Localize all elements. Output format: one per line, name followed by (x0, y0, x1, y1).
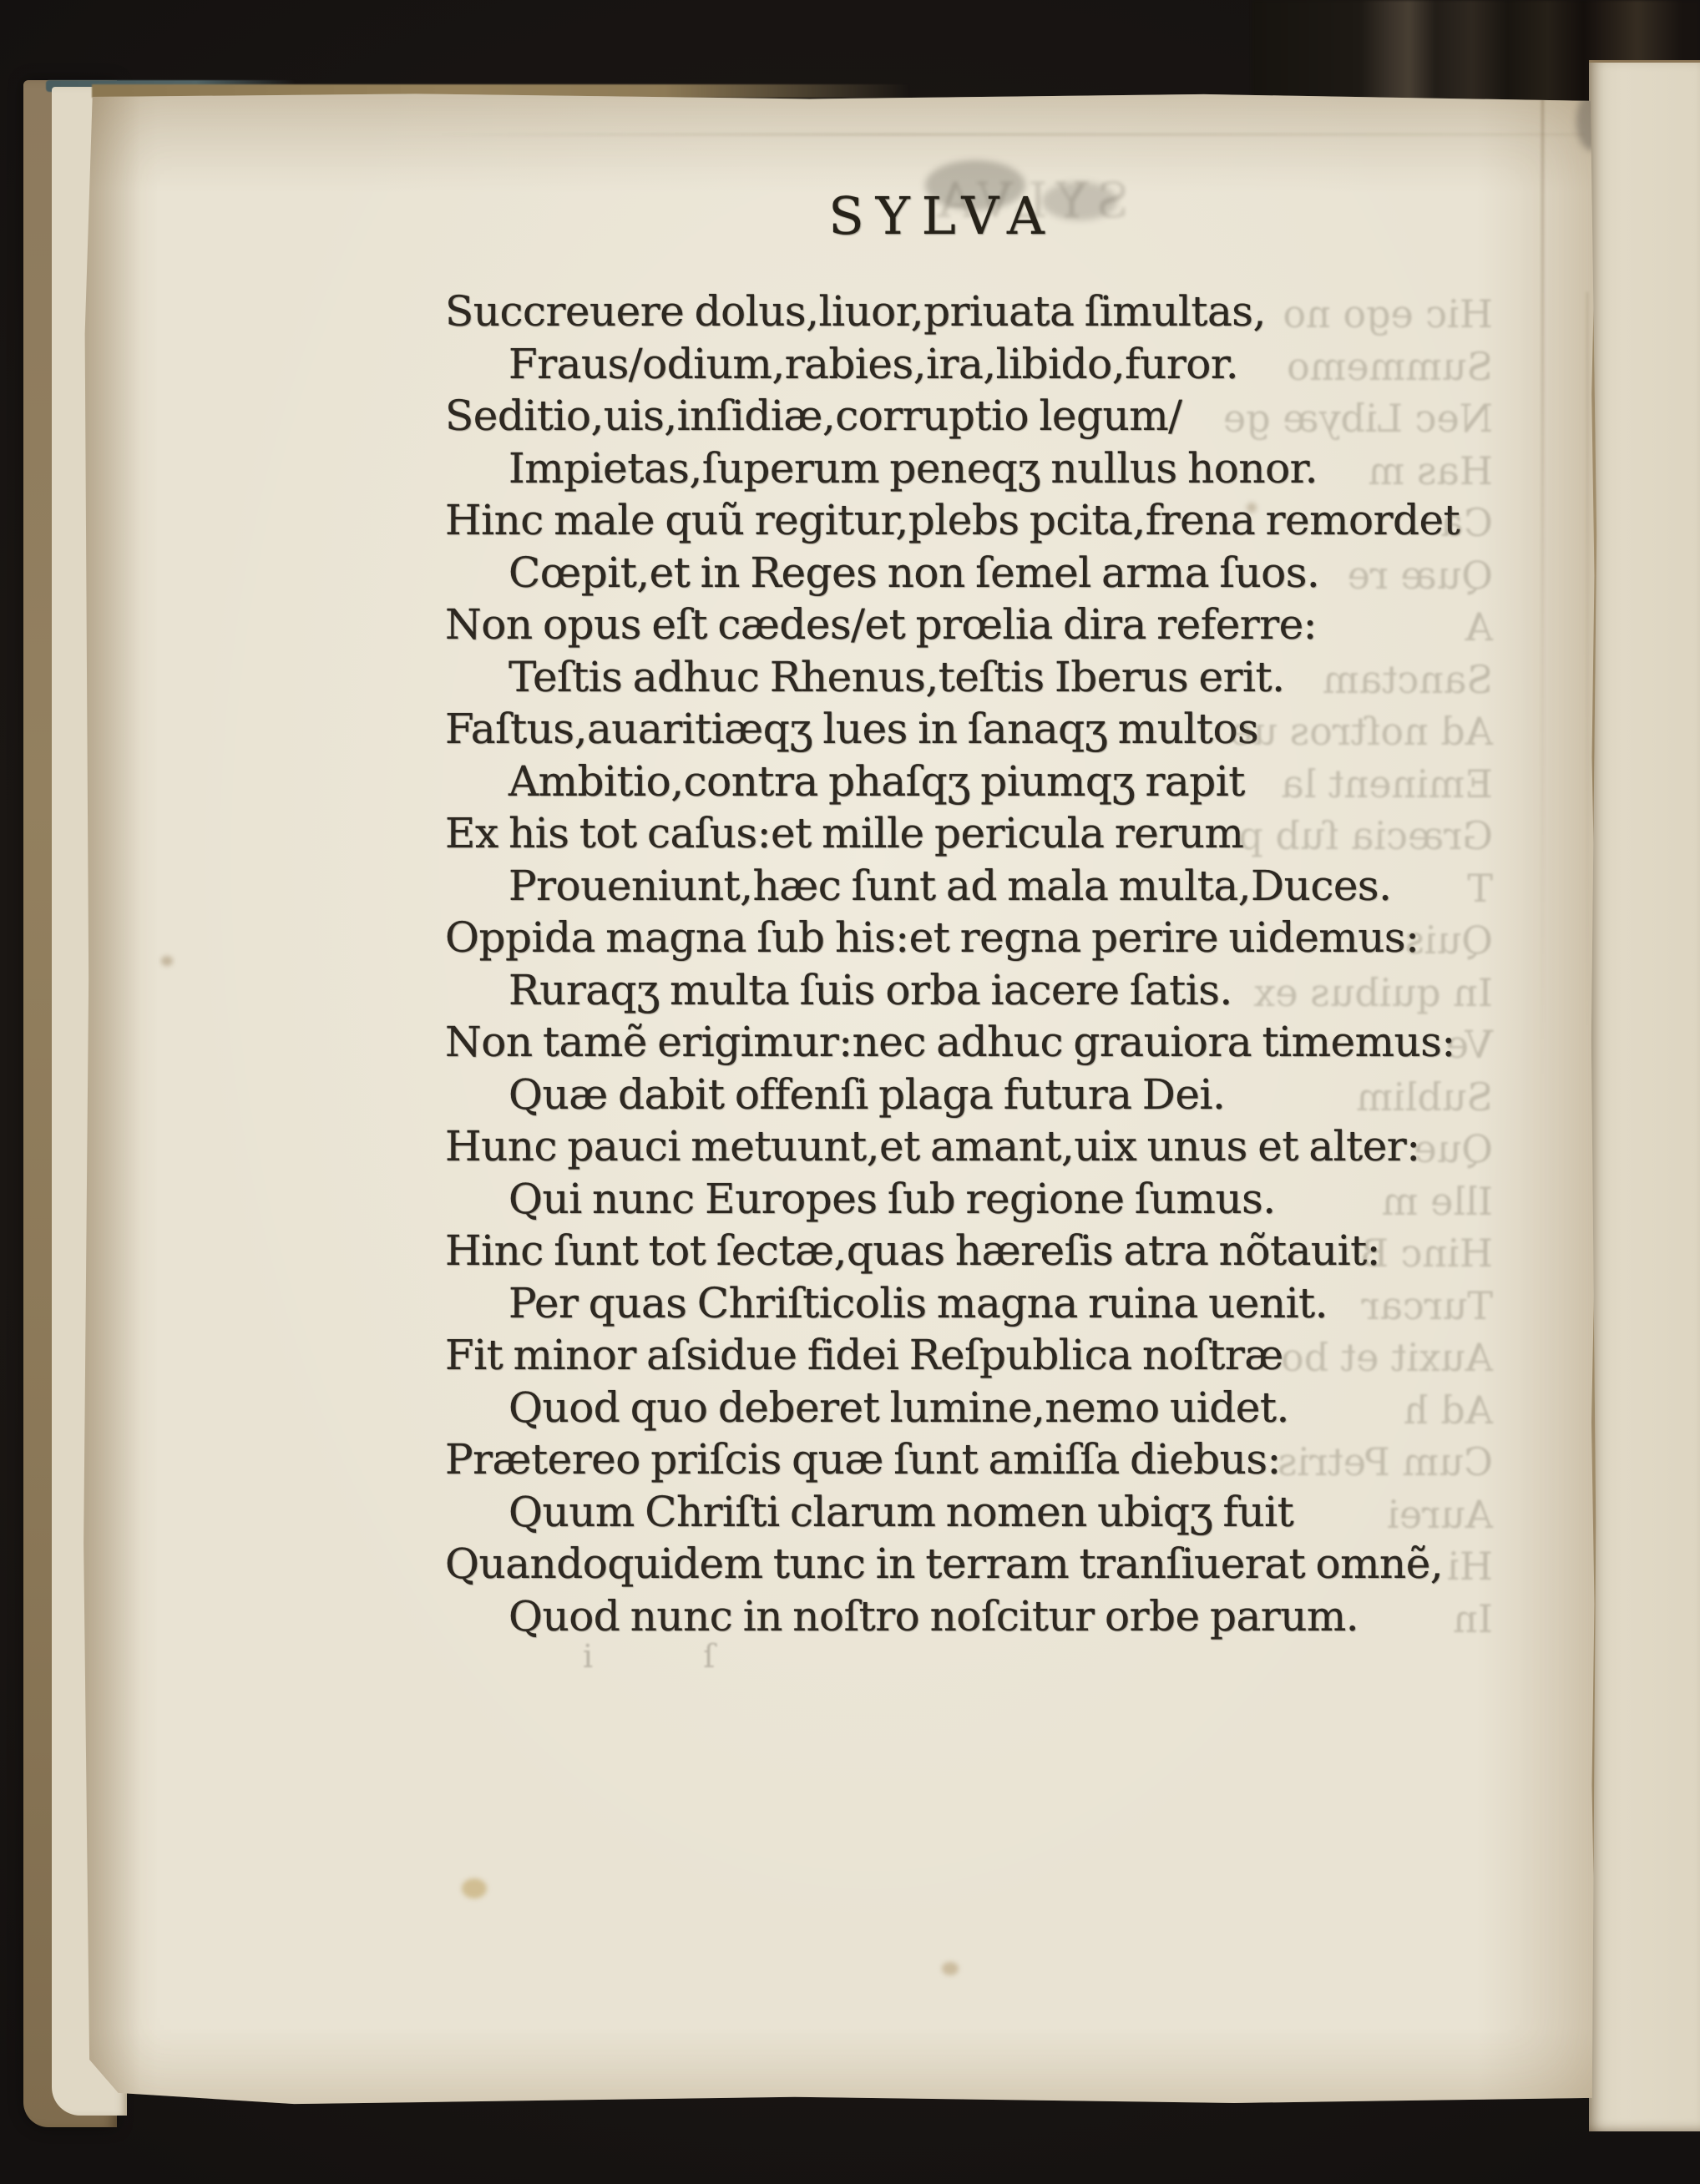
verse-line: Cœpit,et in Reges non ſemel arma ſuos.Qu… (445, 547, 1564, 599)
verse-line: Per quas Chriſticolis magna ruina uenit.… (445, 1277, 1564, 1330)
verse-line-text: Seditio,uis,inſidiæ,corruptio legum/ (445, 392, 1182, 440)
verse-line: Fraus/odium,rabies,ira,libido,furor.Summ… (445, 338, 1564, 391)
verse-line: Fit minor aſsidue fidei Reſpublica noſtr… (445, 1329, 1564, 1382)
verse-line-text: Fraus/odium,rabies,ira,libido,furor. (508, 338, 1238, 391)
ghost-showthrough-text: Quis (1201, 914, 1493, 967)
ghost-showthrough-text: A (1201, 601, 1493, 654)
underlying-page-right (1589, 60, 1700, 2131)
verse-line-text: Impietas,ſuperum peneqʒ nullus honor. (508, 442, 1318, 495)
ghost-showthrough-text: Ad noſtros ue (1201, 705, 1493, 758)
ghost-showthrough-text: Ille m (1201, 1175, 1493, 1228)
crease-line (1586, 292, 1588, 1044)
crease-line (433, 134, 1585, 135)
verse-line-text: Ambitio,contra phaſqʒ piumqʒ rapit (508, 756, 1245, 808)
ghost-showthrough-text: In quibus ex (1201, 967, 1493, 1019)
ghost-showthrough-text: T (1201, 862, 1493, 915)
running-title: SYLVA (82, 185, 1598, 246)
gutter-shadow (82, 92, 140, 2108)
ghost-showthrough-text: Ad h (1201, 1384, 1493, 1437)
verse-line-text: Quæ dabit offenſi plaga futura Dei. (508, 1069, 1225, 1121)
stain (462, 1878, 487, 1898)
verse-line: Teſtis adhuc Rhenus,teſtis Iberus erit.S… (445, 651, 1564, 704)
ghost-showthrough-text: Cum Petris (1201, 1436, 1493, 1489)
verse-line: Prætereo priſcis quæ ſunt amiſſa diebus:… (445, 1433, 1564, 1486)
ghost-showthrough-text: Has m (1201, 445, 1493, 498)
verse-line: Quod quo deberet lumine,nemo uidet.Ad h (445, 1382, 1564, 1434)
ghost-showthrough-text: Sublim (1201, 1071, 1493, 1124)
ghost-showthrough-text: Sanctam (1201, 654, 1493, 706)
verse-line-text: Non opus eſt cædes/et prœlia dira referr… (445, 600, 1317, 649)
verse-line: Hinc ſunt tot ſectæ,quas hæreſis atra nõ… (445, 1225, 1564, 1277)
verse-line-text: Fit minor aſsidue fidei Reſpublica noſtr… (445, 1331, 1283, 1379)
verse-line: Hinc male quũ regitur,plebs pcita,frena … (445, 494, 1564, 547)
ghost-showthrough-text: Ca (1201, 497, 1493, 549)
verse-line-text: Teſtis adhuc Rhenus,teſtis Iberus erit. (508, 651, 1285, 704)
ghost-showthrough-text: Summemo (1201, 341, 1493, 393)
verse-line: Succreuere dolus,liuor,priuata ſimultas,… (445, 286, 1564, 338)
ghost-signature-mark: i ſ (583, 1638, 765, 1675)
ghost-showthrough-text: Ve (1201, 1019, 1493, 1071)
stain (942, 1962, 959, 1975)
stain (161, 956, 173, 966)
verse-line: Ex his tot caſus:et mille pericula rerum… (445, 807, 1564, 860)
ghost-showthrough-text: Hic ego no (1201, 288, 1493, 341)
verse-line-text: Ruraqʒ multa ſuis orba iacere ſatis. (508, 964, 1232, 1017)
verse-line: Non opus eſt cædes/et prœlia dira referr… (445, 599, 1564, 651)
verse-line-text: Quod quo deberet lumine,nemo uidet. (508, 1382, 1289, 1434)
verse-line-text: Prætereo priſcis quæ ſunt amiſſa diebus: (445, 1435, 1281, 1484)
ghost-showthrough-text: Aurei (1201, 1489, 1493, 1541)
verse-line-text: Faſtus,auaritiæqʒ lues in ſanaqʒ multos (445, 705, 1258, 753)
ghost-showthrough-text: Auxit et bo (1201, 1332, 1493, 1384)
scanned-page: SYLVA SYLVA Succreuere dolus,liuor,priua… (82, 92, 1598, 2108)
verse-line-text: Cœpit,et in Reges non ſemel arma ſuos. (508, 547, 1319, 599)
verse-line: Proueniunt,hæc ſunt ad mala multa,Duces.… (445, 860, 1564, 913)
ghost-showthrough-text: Nec Libyæ ge (1201, 392, 1493, 445)
ghost-showthrough-text: Hinc B (1201, 1227, 1493, 1280)
verse-line-text: Succreuere dolus,liuor,priuata ſimultas, (445, 287, 1266, 336)
verse-line: Oppida magna ſub his:et regna perire uid… (445, 912, 1564, 964)
verse-line: Qui nunc Europes ſub regione ſumus.Ille … (445, 1173, 1564, 1226)
verse-line: Ruraqʒ multa ſuis orba iacere ſatis.In q… (445, 964, 1564, 1017)
ghost-showthrough-text: Græcia ſub p (1201, 810, 1493, 862)
verse-line: Non tamẽ erigimur:nec adhuc grauiora tim… (445, 1016, 1564, 1069)
verse-line: Quum Chriſti clarum nomen ubiqʒ fuitAure… (445, 1486, 1564, 1539)
verse-line: Hunc pauci metuunt,et amant,uix unus et … (445, 1120, 1564, 1173)
ghost-showthrough-text: Eminent la (1201, 758, 1493, 811)
ghost-showthrough-text: Que (1201, 1123, 1493, 1175)
ghost-showthrough-text: Hi (1201, 1540, 1493, 1593)
verse-line: Quæ dabit offenſi plaga futura Dei.Subli… (445, 1069, 1564, 1121)
verse-line: Seditio,uis,inſidiæ,corruptio legum/Nec … (445, 390, 1564, 442)
scanned-book-photo: SYLVA SYLVA Succreuere dolus,liuor,priua… (0, 0, 1700, 2184)
verse-line: Quandoquidem tunc in terram tranſiuerat … (445, 1538, 1564, 1590)
ghost-showthrough-text: Turcar (1201, 1280, 1493, 1332)
verse-line: Faſtus,auaritiæqʒ lues in ſanaqʒ multosA… (445, 703, 1564, 756)
verse-line: Impietas,ſuperum peneqʒ nullus honor.Has… (445, 442, 1564, 495)
verse-line: Ambitio,contra phaſqʒ piumqʒ rapitEminen… (445, 756, 1564, 808)
verse-block: Succreuere dolus,liuor,priuata ſimultas,… (445, 286, 1564, 1642)
ghost-showthrough-text: In (1201, 1593, 1493, 1646)
ghost-showthrough-text: Quæ re (1201, 549, 1493, 602)
verse-line-text: Quum Chriſti clarum nomen ubiqʒ fuit (508, 1486, 1293, 1539)
verse-line: Quod nunc in noſtro noſcitur orbe parum.… (445, 1590, 1564, 1643)
verse-line-text: Ex his tot caſus:et mille pericula rerum (445, 809, 1243, 857)
verse-line-text: Qui nunc Europes ſub regione ſumus. (508, 1173, 1276, 1226)
